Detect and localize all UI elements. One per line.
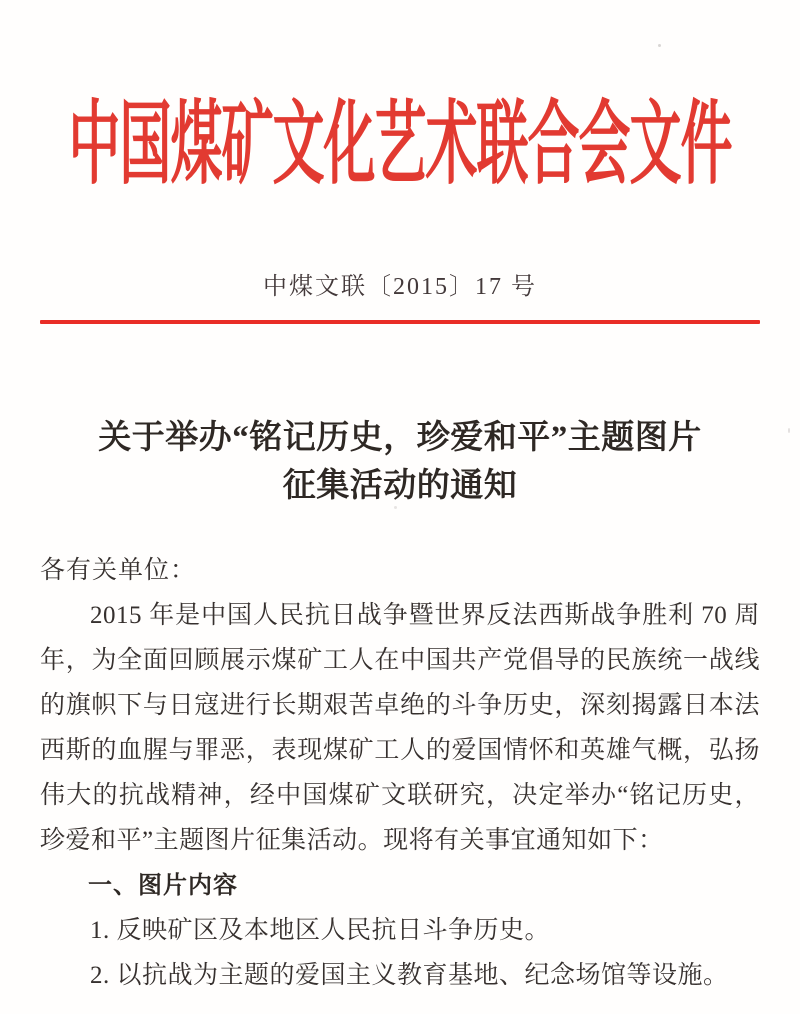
body-paragraph: 2015 年是中国人民抗日战争暨世界反法西斯战争胜利 70 周年，为全面回顾展示…	[40, 593, 760, 863]
notice-title: 关于举办“铭记历史，珍爱和平”主题图片 征集活动的通知	[0, 414, 800, 510]
list-item-2: 2. 以抗战为主题的爱国主义教育基地、纪念场馆等设施。	[40, 953, 760, 998]
notice-title-line1: 关于举办“铭记历史，珍爱和平”主题图片	[0, 414, 800, 462]
organization-header-title: 中国煤矿文化艺术联合会文件	[68, 69, 731, 200]
scan-speck	[658, 44, 661, 47]
document-page: 中国煤矿文化艺术联合会文件 中煤文联〔2015〕17 号 关于举办“铭记历史，珍…	[0, 0, 800, 1014]
scan-speck	[788, 428, 790, 433]
document-body: 各有关单位： 2015 年是中国人民抗日战争暨世界反法西斯战争胜利 70 周年，…	[40, 548, 760, 998]
section-heading-picture-content: 一、图片内容	[40, 863, 760, 908]
list-item-1: 1. 反映矿区及本地区人民抗日斗争历史。	[40, 908, 760, 953]
red-separator-line	[40, 320, 760, 324]
salutation: 各有关单位：	[40, 548, 760, 593]
scan-speck	[394, 506, 397, 509]
notice-title-line2: 征集活动的通知	[0, 462, 800, 510]
document-number: 中煤文联〔2015〕17 号	[0, 273, 800, 301]
red-header-banner: 中国煤矿文化艺术联合会文件	[0, 85, 800, 185]
